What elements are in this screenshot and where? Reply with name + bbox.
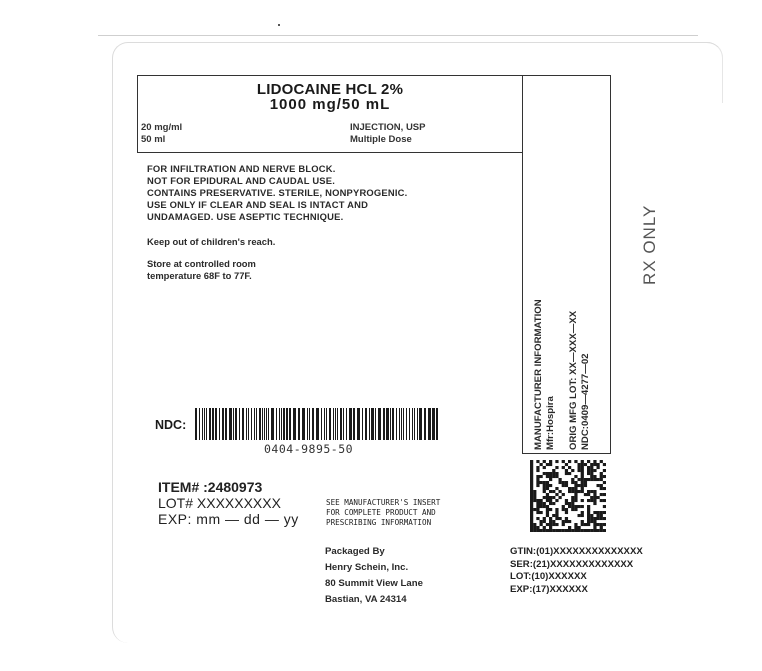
orig-mfg-lot: ORIG MFG LOT: XX—XXX—XX — [568, 311, 580, 450]
insert-line: PRESCRIBING INFORMATION — [326, 518, 440, 528]
item-number: ITEM# :2480973 — [158, 480, 262, 495]
form-block: INJECTION, USP Multiple Dose — [350, 122, 426, 146]
warning-line: USE ONLY IF CLEAR AND SEAL IS INTACT AND — [147, 199, 407, 211]
lot-number: LOT# XXXXXXXXX — [158, 496, 281, 511]
warning-line: CONTAINS PRESERVATIVE. STERILE, NONPYROG… — [147, 187, 407, 199]
manufacturer-name: Mfr:Hospira — [545, 299, 557, 450]
concentration: 20 mg/ml — [141, 122, 182, 134]
datamatrix-code — [530, 460, 606, 532]
product-strength: 1000 mg/50 mL — [138, 96, 522, 113]
speck — [278, 24, 280, 26]
packager-line: Bastian, VA 24314 — [325, 592, 423, 608]
warnings: FOR INFILTRATION AND NERVE BLOCK. NOT FO… — [147, 163, 407, 223]
insert-line: SEE MANUFACTURER'S INSERT — [326, 498, 440, 508]
manufacturer-heading-block: MANUFACTURER INFORMATION Mfr:Hospira — [533, 299, 557, 450]
ndc-label: NDC: — [155, 418, 186, 432]
packager-line: Henry Schein, Inc. — [325, 560, 423, 576]
dosage-form: INJECTION, USP — [350, 122, 426, 134]
insert-line: FOR COMPLETE PRODUCT AND — [326, 508, 440, 518]
orig-ndc: NDC:0409—4277—02 — [580, 311, 592, 450]
packager-line: 80 Summit View Lane — [325, 576, 423, 592]
manufacturer-box: MANUFACTURER INFORMATION Mfr:Hospira ORI… — [522, 75, 611, 454]
storage-line: Store at controlled room — [147, 258, 256, 270]
gs1-line: SER:(21)XXXXXXXXXXXXX — [510, 559, 643, 572]
packager-line: Packaged By — [325, 544, 423, 560]
warning-line: UNDAMAGED. USE ASEPTIC TECHNIQUE. — [147, 211, 407, 223]
gs1-line: LOT:(10)XXXXXX — [510, 571, 643, 584]
page-edge — [98, 35, 698, 36]
rx-only: RX ONLY — [640, 205, 660, 285]
packager-info: Packaged By Henry Schein, Inc. 80 Summit… — [325, 544, 423, 608]
storage-line: temperature 68F to 77F. — [147, 270, 256, 282]
label-card-corner — [700, 42, 723, 103]
product-title-box: LIDOCAINE HCL 2% 1000 mg/50 mL 20 mg/ml … — [137, 75, 523, 153]
gs1-line: GTIN:(01)XXXXXXXXXXXXXX — [510, 546, 643, 559]
expiry-date: EXP: mm — dd — yy — [158, 512, 299, 527]
volume: 50 ml — [141, 134, 182, 146]
keep-out-notice: Keep out of children's reach. — [147, 236, 275, 247]
gs1-line: EXP:(17)XXXXXX — [510, 584, 643, 597]
ndc-barcode — [195, 408, 440, 440]
concentration-block: 20 mg/ml 50 ml — [141, 122, 182, 146]
warning-line: FOR INFILTRATION AND NERVE BLOCK. — [147, 163, 407, 175]
storage-notice: Store at controlled room temperature 68F… — [147, 258, 256, 281]
warning-line: NOT FOR EPIDURAL AND CAUDAL USE. — [147, 175, 407, 187]
manufacturer-heading: MANUFACTURER INFORMATION — [533, 299, 545, 450]
gs1-info: GTIN:(01)XXXXXXXXXXXXXX SER:(21)XXXXXXXX… — [510, 546, 643, 596]
manufacturer-lot-block: ORIG MFG LOT: XX—XXX—XX NDC:0409—4277—02 — [568, 311, 592, 450]
ndc-number: 0404-9895-50 — [264, 442, 353, 456]
dose-type: Multiple Dose — [350, 134, 426, 146]
insert-note: SEE MANUFACTURER'S INSERT FOR COMPLETE P… — [326, 498, 440, 528]
